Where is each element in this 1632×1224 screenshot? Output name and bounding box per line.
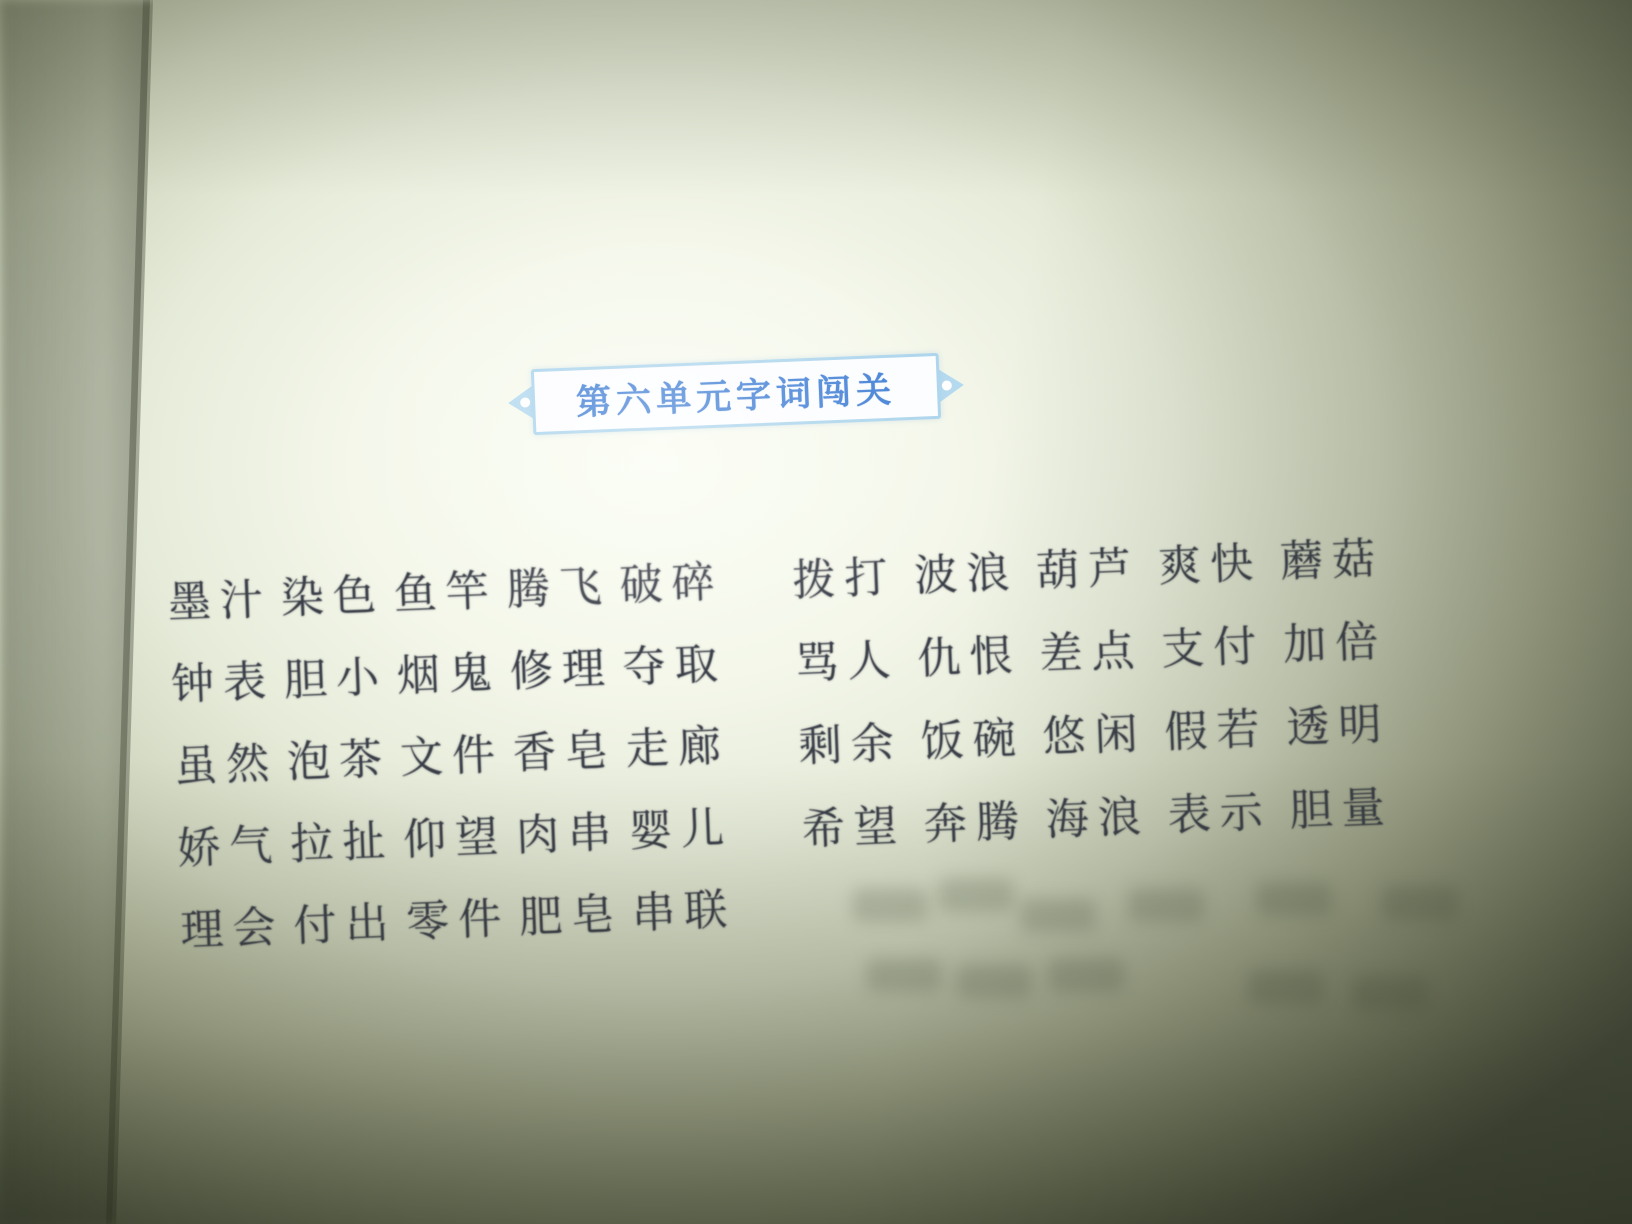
vocab-word: 串联: [622, 884, 737, 932]
vocab-word: 加倍: [1269, 616, 1393, 665]
bleed-through-mark: [1352, 976, 1428, 1010]
bleed-through-mark: [956, 964, 1032, 998]
vocab-word: 虽然: [164, 738, 279, 786]
banner-box: 第六单元字词闯关: [531, 353, 941, 435]
vocab-word: 葫芦: [1022, 542, 1146, 591]
vocab-word: 文件: [390, 729, 505, 777]
vocab-word: 泡茶: [277, 733, 392, 781]
vocab-word: 付出: [284, 897, 399, 945]
book-page-photo: 第六单元字词闯关 墨汁 染色 鱼竿 腾飞 破碎 钟表 胆小 烟鬼 修理 夺取 虽…: [0, 0, 1632, 1224]
bleed-through-mark: [1128, 888, 1204, 922]
vocab-word: 透明: [1272, 698, 1396, 747]
bleed-through-mark: [1048, 958, 1124, 992]
vocab-word: 娇气: [167, 819, 282, 867]
vocab-word: 墨汁: [158, 574, 273, 622]
vocab-word: 夺取: [613, 638, 728, 686]
vocab-word: 胆量: [1275, 781, 1399, 830]
vocab-word: 剩余: [784, 717, 908, 766]
vocab-word: 饭碗: [906, 713, 1030, 762]
vocab-word: 烟鬼: [387, 647, 502, 695]
vocab-word: 胆小: [274, 651, 389, 699]
vocab-word: 支付: [1147, 620, 1271, 669]
vocab-word: 修理: [500, 643, 615, 691]
vocab-word: 波浪: [900, 547, 1024, 596]
vocab-word: 仇恨: [903, 630, 1027, 679]
vocab-word: 拉扯: [280, 815, 395, 863]
vocab-word: 蘑菇: [1266, 533, 1390, 582]
vocab-word: 差点: [1025, 625, 1149, 674]
unit-title-banner: 第六单元字词闯关: [507, 348, 966, 440]
bleed-through-mark: [1256, 882, 1332, 916]
vocab-word: 钟表: [161, 656, 276, 704]
vocab-word: 破碎: [610, 556, 725, 604]
vocab-word: 假若: [1150, 703, 1274, 752]
vocab-grid-left: 墨汁 染色 鱼竿 腾飞 破碎 钟表 胆小 烟鬼 修理 夺取 虽然 泡茶 文件 香…: [158, 556, 737, 949]
vocab-word: 爽快: [1144, 537, 1268, 586]
vocab-word: 零件: [396, 893, 511, 941]
bleed-through-mark: [938, 878, 1014, 912]
vocab-word: 骂人: [781, 634, 905, 683]
vocab-word: 海浪: [1031, 791, 1155, 840]
vocab-word: 染色: [271, 569, 386, 617]
bleed-through-mark: [866, 958, 942, 992]
vocab-grid-right: 拨打 波浪 葫芦 爽快 蘑菇 骂人 仇恨 差点 支付 加倍 剩余 饭碗 悠闲 假…: [778, 533, 1399, 849]
vocab-word: 走廊: [616, 720, 731, 768]
vocab-word: 肥皂: [509, 888, 624, 936]
vocab-word: 理会: [171, 901, 286, 949]
vocab-word: 婴儿: [619, 802, 734, 850]
vocab-word: 腾飞: [497, 561, 612, 609]
vocab-word: 香皂: [503, 725, 618, 773]
bleed-through-mark: [852, 888, 928, 922]
vocab-word: 奔腾: [909, 795, 1033, 844]
bleed-through-mark: [1382, 886, 1458, 920]
vocab-word: 希望: [788, 800, 912, 849]
vocab-word: 仰望: [393, 811, 508, 859]
bleed-through-mark: [1020, 898, 1096, 932]
vocab-word: 表示: [1153, 786, 1277, 835]
banner-title: 第六单元字词闯关: [575, 363, 897, 426]
vocab-word: 肉串: [506, 806, 621, 854]
vocab-word: 悠闲: [1028, 708, 1152, 757]
vocab-word: 鱼竿: [384, 565, 499, 613]
vocab-word: 拨打: [778, 551, 902, 600]
bleed-through-mark: [1248, 970, 1324, 1004]
